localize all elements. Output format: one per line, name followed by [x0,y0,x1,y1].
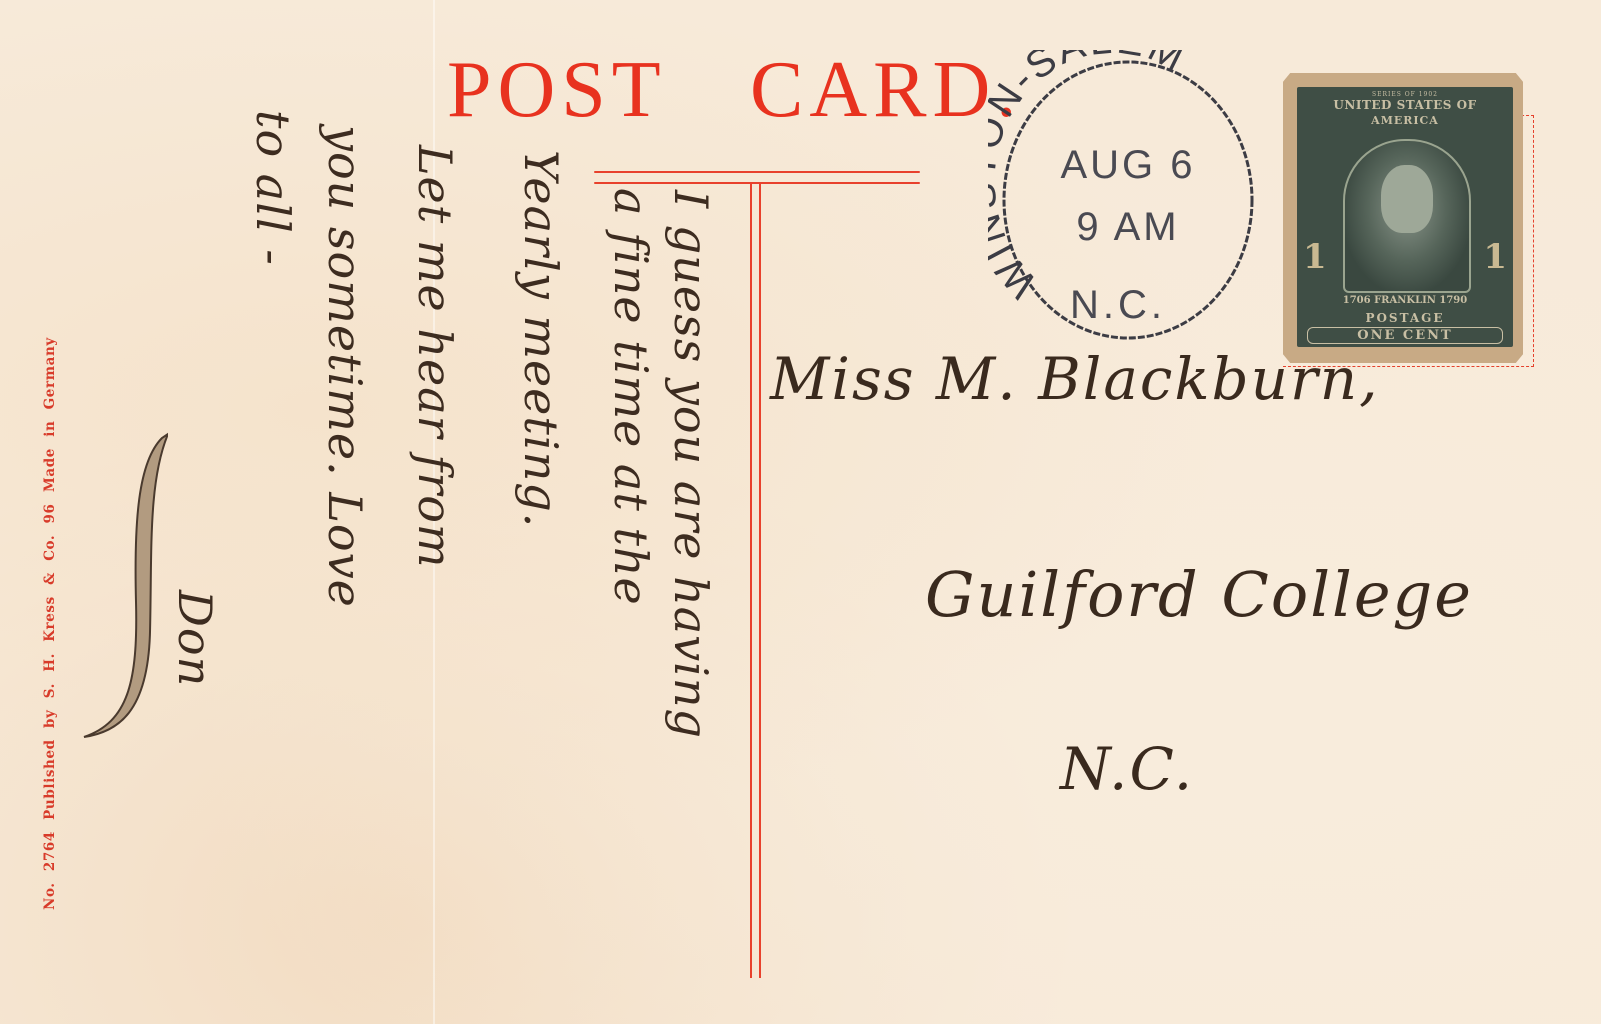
decorative-bracket-icon [78,432,168,744]
stamp-numeral-right: 1 [1483,237,1507,277]
recipient-name: Miss M. Blackburn, [770,345,1380,413]
stamp-series: SERIES OF 1902 [1297,91,1513,98]
message-signature: Don [168,590,222,687]
stamp-country-bottom: AMERICA [1297,114,1513,127]
recipient-state: N.C. [1060,735,1194,803]
header-rule-bottom [594,182,920,184]
header-rule-top [594,171,920,173]
franklin-portrait-icon [1343,139,1471,293]
stamp-value-label: ONE CENT [1307,327,1503,344]
stamp-portrait-caption: 1706 FRANKLIN 1790 [1297,295,1513,306]
message-line-2: a fine time at the [604,188,658,606]
message-line-5: you sometime. Love [318,125,372,608]
portrait-face [1381,165,1433,233]
stamp-postage-label: POSTAGE [1297,311,1513,325]
message-line-1: I guess you are having [664,190,718,739]
postmark-date: AUG 6 [1060,143,1195,187]
recipient-place: Guilford College [925,558,1473,631]
center-divider-right [759,183,761,978]
stamp-numeral-left: 1 [1303,237,1327,277]
message-line-3: Yearly meeting. [514,150,568,528]
stamp-frame: SERIES OF 1902 UNITED STATES OF AMERICA … [1297,87,1513,347]
postcard-back: No. 2764 Published by S. H. Kress & Co. … [0,0,1601,1024]
title-post: POST [447,50,667,130]
franklin-one-cent-stamp: SERIES OF 1902 UNITED STATES OF AMERICA … [1283,73,1523,363]
postmark-state: N.C. [1070,283,1166,327]
title-card: CARD. [750,50,1022,130]
publisher-imprint: No. 2764 Published by S. H. Kress & Co. … [42,337,58,910]
postmark-cancellation: WINSTON-SALEM AUG 6 9 AM N.C. [988,50,1258,342]
stamp-country-top: UNITED STATES OF [1297,98,1513,112]
message-line-4: Let me hear from [408,145,462,569]
message-line-6: to all - [246,110,300,266]
center-divider-left [750,183,752,978]
postmark-time: 9 AM [1076,205,1179,249]
postmark-circle-icon: WINSTON-SALEM AUG 6 9 AM N.C. [988,50,1258,342]
